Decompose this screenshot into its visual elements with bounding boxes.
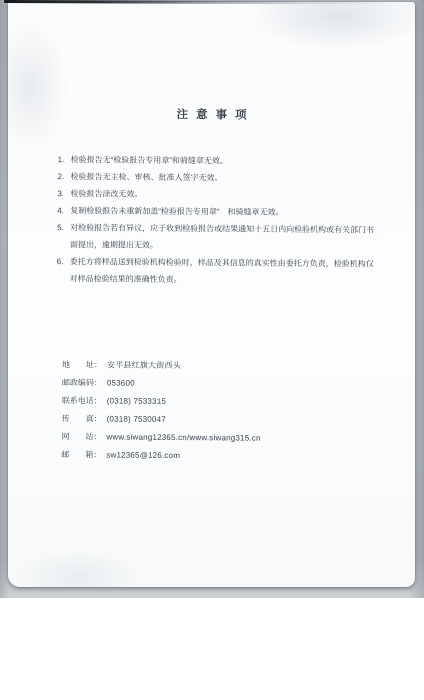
- page-content: 注意事项 1. 检验报告无“检验报告专用章”和骑缝章无效。 2. 检验报告无主检…: [4, 2, 416, 590]
- contact-label: 邮政编码：: [62, 374, 102, 392]
- contact-value: 安平县红旗大街西头: [107, 356, 181, 375]
- scan-bottom-whitespace: [0, 598, 424, 700]
- notice-item: 5. 对检验报告若有异议，应于收到检验报告或结果通知十五日内向检验机构或有关部门…: [56, 219, 377, 256]
- contact-value: (0318) 7533315: [107, 392, 166, 410]
- contact-row-address: 地 址：安平县红旗大街西头: [62, 356, 261, 376]
- contact-label: 地 址：: [62, 356, 102, 374]
- contact-label: 网 站：: [61, 428, 101, 446]
- contact-value: sw12365@126.com: [106, 446, 180, 465]
- notice-item: 6. 委托方将样品送到检验机构检验时，样品及其信息的真实性由委托方负责，检验机构…: [56, 253, 377, 290]
- contact-value: (0318) 7530047: [107, 410, 166, 428]
- contact-row-phone: 联系电话：(0318) 7533315: [62, 392, 261, 412]
- notice-number: 1.: [57, 151, 71, 168]
- contact-value: www.siwang12365.cn/www.siwang315.cn: [106, 428, 260, 447]
- contact-label: 邮 箱：: [61, 446, 101, 464]
- contact-row-website: 网 站：www.siwang12365.cn/www.siwang315.cn: [61, 428, 260, 448]
- notices-list: 1. 检验报告无“检验报告专用章”和骑缝章无效。 2. 检验报告无主检、审核、批…: [56, 151, 378, 290]
- document-title: 注意事项: [8, 105, 415, 124]
- notice-text: 对检验报告若有异议，应于收到检验报告或结果通知十五日内向检验机构或有关部门书面提…: [70, 219, 377, 255]
- contact-label: 传 真：: [62, 410, 102, 428]
- contact-row-fax: 传 真：(0318) 7530047: [62, 410, 261, 430]
- notice-number: 5.: [56, 219, 70, 236]
- scanned-document-view: 注意事项 1. 检验报告无“检验报告专用章”和骑缝章无效。 2. 检验报告无主检…: [0, 0, 424, 700]
- notice-number: 4.: [56, 202, 70, 219]
- contact-row-email: 邮 箱：sw12365@126.com: [61, 446, 260, 466]
- contact-block: 地 址：安平县红旗大街西头 邮政编码：053600 联系电话：(0318) 75…: [61, 356, 261, 466]
- notice-number: 2.: [56, 168, 70, 185]
- notice-text: 委托方将样品送到检验机构检验时，样品及其信息的真实性由委托方负责，检验机构仅对样…: [70, 253, 377, 289]
- notice-number: 3.: [56, 185, 70, 202]
- scanned-page: 注意事项 1. 检验报告无“检验报告专用章”和骑缝章无效。 2. 检验报告无主检…: [8, 2, 415, 587]
- contact-value: 053600: [107, 374, 135, 392]
- notice-number: 6.: [56, 253, 70, 270]
- contact-label: 联系电话：: [62, 392, 102, 410]
- contact-row-postcode: 邮政编码：053600: [62, 374, 261, 394]
